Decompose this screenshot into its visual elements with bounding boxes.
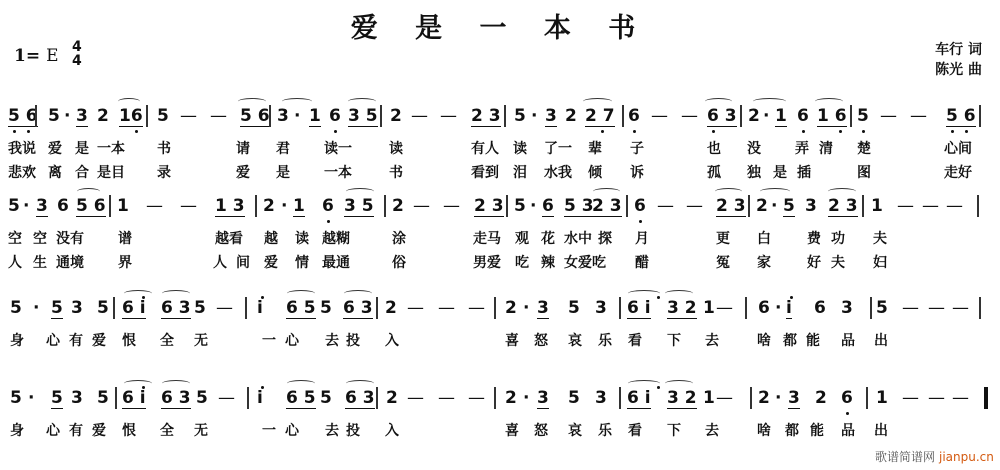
lyric-1: 恨 bbox=[122, 330, 136, 350]
note: 3 2 bbox=[667, 388, 697, 409]
low-octave-dot bbox=[951, 130, 954, 133]
note: 2 3 bbox=[592, 196, 622, 217]
lyric-1: 没 bbox=[747, 138, 761, 158]
note: 5 bbox=[514, 106, 526, 126]
lyric-1: 读 bbox=[513, 138, 527, 158]
barline bbox=[619, 297, 621, 319]
high-octave-dot bbox=[261, 386, 264, 389]
low-octave-dot bbox=[839, 130, 842, 133]
note: · bbox=[281, 196, 287, 216]
note: 5 bbox=[320, 298, 332, 318]
note: 5 bbox=[196, 388, 208, 408]
score-title: 爱 是 一 本 书 bbox=[0, 6, 1000, 45]
note: 2 bbox=[385, 298, 397, 318]
lyric-2: 独 bbox=[747, 162, 761, 182]
lyric-1: 更 bbox=[716, 228, 730, 248]
slur bbox=[238, 98, 266, 105]
note: 1 bbox=[871, 196, 883, 216]
slur bbox=[118, 98, 140, 105]
note: 6 3 bbox=[707, 106, 737, 127]
note: 6 3 bbox=[343, 298, 373, 319]
sustain-dash: — bbox=[952, 298, 969, 318]
lyric-1: 出 bbox=[874, 330, 888, 350]
lyric-1: 请 bbox=[236, 138, 250, 158]
lyric-1: 爱 bbox=[92, 330, 106, 350]
lyric-1: 投 bbox=[346, 330, 360, 350]
note: 6 5 bbox=[286, 298, 316, 319]
lyric-2: 爱 bbox=[236, 162, 250, 182]
lyric-2: 悲欢 bbox=[8, 162, 36, 182]
lyric-1: 乐 bbox=[598, 420, 612, 440]
barline bbox=[35, 105, 37, 127]
note: · bbox=[775, 388, 781, 408]
note: 6 bbox=[57, 196, 69, 216]
low-octave-dot bbox=[846, 412, 849, 415]
note: · bbox=[771, 196, 777, 216]
sustain-dash: — bbox=[716, 298, 733, 318]
barline bbox=[750, 387, 752, 409]
note: 5 6 bbox=[8, 106, 38, 127]
lyric-1: 去 bbox=[705, 420, 719, 440]
note: 5 bbox=[51, 298, 63, 319]
note: 6 3 bbox=[161, 388, 191, 409]
lyric-1: 身 bbox=[10, 330, 24, 350]
lyric-2: 诉 bbox=[630, 162, 644, 182]
note: 3 bbox=[71, 388, 83, 408]
lyric-1: 辈 bbox=[588, 138, 602, 158]
sustain-dash: — bbox=[880, 106, 897, 126]
sustain-dash: — bbox=[922, 196, 939, 216]
note: 6 bbox=[758, 298, 770, 318]
lyric-2: 看到 bbox=[471, 162, 499, 182]
lyric-1: 书 bbox=[157, 138, 171, 158]
lyric-2: 生 bbox=[33, 252, 47, 272]
sustain-dash: — bbox=[716, 388, 733, 408]
slur bbox=[346, 380, 374, 387]
barline bbox=[862, 195, 864, 217]
lyric-1: 越糊 bbox=[322, 228, 350, 248]
barline bbox=[866, 387, 868, 409]
sustain-dash: — bbox=[407, 388, 424, 408]
lyric-1: 爱 bbox=[92, 420, 106, 440]
lyric-1: 一 bbox=[262, 420, 276, 440]
lyric-1: 费 bbox=[807, 228, 821, 248]
lyric-1: 白 bbox=[757, 228, 771, 248]
note: 3 2 bbox=[667, 298, 697, 319]
lyric-2: 最通 bbox=[322, 252, 350, 272]
lyric-1: 探 bbox=[598, 228, 612, 248]
lyric-1: 啥 bbox=[757, 330, 771, 350]
lyric-2: 书 bbox=[389, 162, 403, 182]
low-octave-dot bbox=[135, 130, 138, 133]
lyric-2: 倾 bbox=[588, 162, 602, 182]
note: 2 3 bbox=[828, 196, 858, 217]
low-octave-dot bbox=[13, 130, 16, 133]
note: 5 bbox=[876, 298, 888, 318]
lyric-2: 辣 bbox=[541, 252, 555, 272]
note: · bbox=[530, 196, 536, 216]
lyric-1: 无 bbox=[194, 330, 208, 350]
credits: 车行 词 陈光 曲 bbox=[935, 40, 982, 80]
note: 5 bbox=[857, 106, 869, 126]
note: 3 bbox=[805, 196, 817, 216]
slur bbox=[628, 380, 660, 387]
score-row: 5·365 61——1 32·163 52——2 35·65 32 36——2 … bbox=[0, 188, 1000, 278]
note: 1 6 bbox=[817, 106, 847, 127]
lyric-1: 下 bbox=[667, 420, 681, 440]
barline bbox=[626, 195, 628, 217]
barline bbox=[622, 105, 624, 127]
lyric-2: 离 bbox=[48, 162, 62, 182]
barline bbox=[384, 195, 386, 217]
slur bbox=[753, 98, 786, 105]
lyric-2: 人 bbox=[213, 252, 227, 272]
lyric-2: 情 bbox=[295, 252, 309, 272]
slur bbox=[348, 98, 376, 105]
lyric-2: 是 bbox=[773, 162, 787, 182]
note: 1 bbox=[117, 196, 129, 216]
lyric-2: 夫 bbox=[831, 252, 845, 272]
note: 2 bbox=[386, 388, 398, 408]
low-octave-dot bbox=[27, 130, 30, 133]
slur bbox=[665, 290, 693, 297]
note: 2 bbox=[505, 298, 517, 318]
note: 2 bbox=[390, 106, 402, 126]
lyric-1: 能 bbox=[810, 420, 824, 440]
note: 5 bbox=[568, 298, 580, 318]
slur bbox=[287, 380, 315, 387]
lyric-2: 是目 bbox=[97, 162, 125, 182]
lyric-1: 出 bbox=[874, 420, 888, 440]
note: 1 bbox=[775, 106, 787, 127]
lyric-1: 全 bbox=[160, 420, 174, 440]
sustain-dash: — bbox=[438, 388, 455, 408]
note: 2 3 bbox=[471, 106, 501, 127]
note: 5 bbox=[10, 388, 22, 408]
lyric-1: 读一 bbox=[324, 138, 352, 158]
lyric-1: 都 bbox=[785, 420, 799, 440]
note: 6 i bbox=[627, 388, 651, 409]
note: 5 6 bbox=[946, 106, 976, 127]
lyric-1: 夫 bbox=[873, 228, 887, 248]
lyric-1: 去 bbox=[325, 330, 339, 350]
note: 5 bbox=[48, 106, 60, 126]
lyric-1: 也 bbox=[707, 138, 721, 158]
lyric-1: 月 bbox=[635, 228, 649, 248]
note: 3 5 bbox=[344, 196, 374, 217]
note: 3 bbox=[71, 298, 83, 318]
sustain-dash: — bbox=[928, 298, 945, 318]
note: 2 bbox=[97, 106, 109, 126]
note: 5 bbox=[10, 298, 22, 318]
lyric-1: 入 bbox=[385, 420, 399, 440]
time-signature-bottom: 4 bbox=[72, 54, 82, 68]
barline bbox=[979, 105, 981, 127]
note: 3 bbox=[36, 196, 48, 217]
lyric-1: 有 bbox=[69, 420, 83, 440]
note: 6 bbox=[797, 106, 809, 126]
lyric-2: 泪 bbox=[513, 162, 527, 182]
lyric-1: 观 bbox=[515, 228, 529, 248]
note: 6 3 bbox=[345, 388, 375, 409]
lyric-1: 入 bbox=[385, 330, 399, 350]
slur bbox=[344, 290, 372, 297]
lyric-1: 走马 bbox=[473, 228, 501, 248]
note: 5 3 bbox=[564, 196, 594, 217]
note: 3 bbox=[277, 106, 289, 126]
lyric-2: 插 bbox=[797, 162, 811, 182]
note: 3 bbox=[537, 298, 549, 319]
note: · bbox=[33, 298, 39, 318]
lyric-1: 了一 bbox=[544, 138, 572, 158]
lyric-1: 楚 bbox=[857, 138, 871, 158]
lyric-1: 弄 bbox=[795, 138, 809, 158]
note: 3 bbox=[788, 388, 800, 409]
note: 6 bbox=[841, 388, 853, 408]
time-signature-top: 4 bbox=[72, 40, 82, 54]
low-octave-dot bbox=[862, 130, 865, 133]
lyric-1: 喜 bbox=[505, 330, 519, 350]
barline bbox=[376, 297, 378, 319]
note: 6 bbox=[634, 196, 646, 216]
lyric-2: 吃 bbox=[515, 252, 529, 272]
high-octave-dot bbox=[261, 296, 264, 299]
lyric-1: 心 bbox=[46, 420, 60, 440]
lyric-1: 心 bbox=[285, 420, 299, 440]
lyric-1: 空 bbox=[8, 228, 22, 248]
score-row: 5·5356 i6 35—i6 556 32———2·3536 i3 21—6·… bbox=[0, 290, 1000, 380]
lyric-1: 全 bbox=[160, 330, 174, 350]
lyric-1: 哀 bbox=[568, 420, 582, 440]
barline bbox=[245, 297, 247, 319]
sustain-dash: — bbox=[681, 106, 698, 126]
lyric-1: 怒 bbox=[534, 330, 548, 350]
lyric-1: 一 bbox=[262, 330, 276, 350]
note: i bbox=[257, 298, 263, 318]
lyric-2: 好 bbox=[807, 252, 821, 272]
note: 6 bbox=[542, 196, 554, 217]
lyric-2: 图 bbox=[857, 162, 871, 182]
slur bbox=[828, 188, 856, 195]
barline bbox=[109, 195, 111, 217]
sustain-dash: — bbox=[657, 196, 674, 216]
note: 5 bbox=[194, 298, 206, 318]
note: 6 i bbox=[627, 298, 651, 319]
sustain-dash: — bbox=[902, 388, 919, 408]
slur bbox=[593, 188, 620, 195]
barline bbox=[115, 387, 117, 409]
sustain-dash: — bbox=[218, 388, 235, 408]
note: · bbox=[763, 106, 769, 126]
lyric-2: 间 bbox=[236, 252, 250, 272]
lyric-1: 身 bbox=[10, 420, 24, 440]
lyric-1: 我说 bbox=[8, 138, 36, 158]
sustain-dash: — bbox=[210, 106, 227, 126]
barline bbox=[376, 387, 378, 409]
barline bbox=[494, 387, 496, 409]
low-octave-dot bbox=[334, 130, 337, 133]
lyric-1: 有人 bbox=[471, 138, 499, 158]
barline bbox=[504, 105, 506, 127]
note: 5 bbox=[783, 196, 795, 217]
note: 2 bbox=[748, 106, 760, 126]
lyric-2: 俗 bbox=[392, 252, 406, 272]
lyric-1: 爱 bbox=[48, 138, 62, 158]
sustain-dash: — bbox=[468, 388, 485, 408]
watermark: 歌谱简谱网jianpu.cn bbox=[875, 448, 994, 465]
note: 5 bbox=[514, 196, 526, 216]
low-octave-dot bbox=[965, 130, 968, 133]
note: 5 bbox=[51, 388, 63, 409]
note: 2 bbox=[756, 196, 768, 216]
lyric-1: 乐 bbox=[598, 330, 612, 350]
lyric-2: 人 bbox=[8, 252, 22, 272]
lyric-1: 越 bbox=[264, 228, 278, 248]
lyric-1: 心 bbox=[285, 330, 299, 350]
lyric-1: 越看 bbox=[215, 228, 243, 248]
note: 5 bbox=[568, 388, 580, 408]
time-signature: 4 4 bbox=[72, 40, 82, 68]
low-octave-dot bbox=[601, 130, 604, 133]
lyric-2: 是 bbox=[276, 162, 290, 182]
lyric-2: 女爱吃 bbox=[564, 252, 606, 272]
barline bbox=[745, 297, 747, 319]
key-note: E bbox=[46, 46, 58, 66]
lyric-2: 界 bbox=[118, 252, 132, 272]
lyric-2: 合 bbox=[75, 162, 89, 182]
note: · bbox=[64, 106, 70, 126]
note: 5 bbox=[97, 298, 109, 318]
lyric-1: 花 bbox=[541, 228, 555, 248]
lyric-1: 一本 bbox=[97, 138, 125, 158]
low-octave-dot bbox=[802, 130, 805, 133]
lyric-2: 水我 bbox=[544, 162, 572, 182]
lyric-1: 君 bbox=[276, 138, 290, 158]
sustain-dash: — bbox=[440, 106, 457, 126]
note: 2 3 bbox=[474, 196, 504, 217]
note: 6 bbox=[329, 106, 341, 126]
note: · bbox=[523, 298, 529, 318]
slur bbox=[760, 188, 790, 195]
note: 5 6 bbox=[240, 106, 270, 127]
barline bbox=[494, 297, 496, 319]
lyric-2: 妇 bbox=[873, 252, 887, 272]
lyricist-credit: 车行 词 bbox=[935, 40, 982, 60]
final-barline bbox=[984, 387, 988, 409]
lyric-1: 子 bbox=[630, 138, 644, 158]
barline bbox=[269, 105, 271, 127]
note: 1 bbox=[293, 196, 305, 217]
lyric-1: 水中 bbox=[564, 228, 592, 248]
lyric-1: 读 bbox=[295, 228, 309, 248]
note: 2 bbox=[815, 388, 827, 408]
lyric-2: 录 bbox=[157, 162, 171, 182]
lyric-1: 心间 bbox=[944, 138, 972, 158]
lyric-1: 去 bbox=[325, 420, 339, 440]
lyric-1: 喜 bbox=[505, 420, 519, 440]
note: 5 bbox=[97, 388, 109, 408]
note: 6 i bbox=[122, 298, 146, 319]
lyric-1: 涂 bbox=[392, 228, 406, 248]
slur bbox=[665, 380, 693, 387]
sustain-dash: — bbox=[910, 106, 927, 126]
lyric-1: 没有 bbox=[56, 228, 84, 248]
note: · bbox=[531, 106, 537, 126]
note: 3 bbox=[545, 106, 557, 127]
lyric-2: 爱 bbox=[264, 252, 278, 272]
note: i bbox=[786, 298, 792, 319]
lyric-1: 心 bbox=[46, 330, 60, 350]
slur bbox=[705, 98, 732, 105]
high-octave-dot bbox=[790, 296, 793, 299]
score-row: 5·5356 i6 35—i6 556 32———2·3536 i3 21—2·… bbox=[0, 380, 1000, 470]
barline bbox=[740, 105, 742, 127]
note: 2 bbox=[392, 196, 404, 216]
lyric-1: 品 bbox=[841, 330, 855, 350]
sustain-dash: — bbox=[686, 196, 703, 216]
barline bbox=[850, 105, 852, 127]
lyric-1: 功 bbox=[831, 228, 845, 248]
lyric-1: 下 bbox=[667, 330, 681, 350]
sustain-dash: — bbox=[946, 196, 963, 216]
slur bbox=[346, 188, 374, 195]
slur bbox=[628, 290, 660, 297]
lyric-1: 能 bbox=[806, 330, 820, 350]
barline bbox=[247, 387, 249, 409]
barline bbox=[255, 195, 257, 217]
lyric-1: 有 bbox=[69, 330, 83, 350]
note: 3 bbox=[76, 106, 88, 127]
note: 5 bbox=[320, 388, 332, 408]
note: 1 bbox=[703, 298, 715, 318]
note: 6 bbox=[628, 106, 640, 126]
note: 5 bbox=[157, 106, 169, 126]
note: 3 bbox=[537, 388, 549, 409]
lyric-1: 空 bbox=[33, 228, 47, 248]
slur bbox=[815, 98, 843, 105]
note: 3 bbox=[595, 388, 607, 408]
sustain-dash: — bbox=[952, 388, 969, 408]
slur bbox=[124, 380, 152, 387]
note: 6 bbox=[322, 196, 334, 216]
lyric-1: 是 bbox=[75, 138, 89, 158]
lyric-1: 啥 bbox=[757, 420, 771, 440]
note: 5 bbox=[8, 196, 20, 216]
sustain-dash: — bbox=[928, 388, 945, 408]
note: i bbox=[257, 388, 263, 408]
composer-credit: 陈光 曲 bbox=[935, 60, 982, 80]
barline bbox=[979, 297, 981, 319]
note: 2 bbox=[505, 388, 517, 408]
slur bbox=[287, 290, 315, 297]
sustain-dash: — bbox=[651, 106, 668, 126]
key-prefix: 1= bbox=[14, 46, 40, 66]
sustain-dash: — bbox=[411, 106, 428, 126]
lyric-1: 清 bbox=[819, 138, 833, 158]
slur bbox=[124, 290, 152, 297]
slur bbox=[282, 98, 312, 105]
sustain-dash: — bbox=[443, 196, 460, 216]
low-octave-dot bbox=[633, 130, 636, 133]
lyric-2: 冤 bbox=[716, 252, 730, 272]
slur bbox=[162, 290, 190, 297]
barline bbox=[113, 297, 115, 319]
note: 3 bbox=[595, 298, 607, 318]
sustain-dash: — bbox=[407, 298, 424, 318]
sustain-dash: — bbox=[146, 196, 163, 216]
barline bbox=[870, 297, 872, 319]
lyric-1: 读 bbox=[389, 138, 403, 158]
